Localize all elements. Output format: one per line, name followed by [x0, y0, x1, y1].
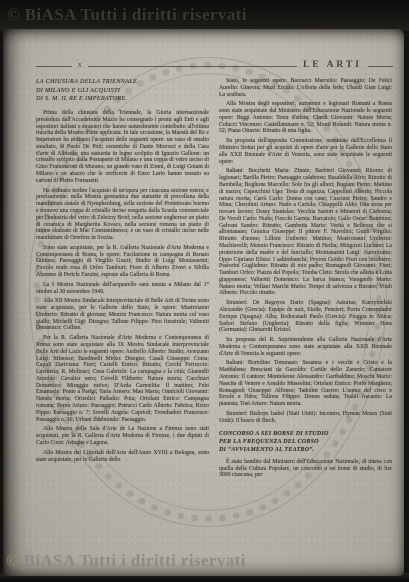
article-title: LA CHIUSURA DELLA TRIENNALE DI MILANO E …: [36, 78, 209, 104]
paragraph: Ha ordinato inoltre l'acquisto di un'ope…: [36, 188, 209, 242]
paragraph: È stato bandito dal Ministero dell'Educa…: [219, 459, 392, 479]
paragraph: Alla Mostra dei Littoriali dell'Arte del…: [36, 450, 209, 464]
watermark-top: © BiASA Tutti i diritti riservati: [7, 5, 247, 25]
paragraph: Italiani: Bortolino Tommaso: Susanna e i…: [219, 360, 392, 407]
paragraph: Italiani: Bocchetti Maria: Zinnie; Barbi…: [219, 168, 392, 297]
watermark-bottom: © BiASA Tutti i diritti riservati: [6, 551, 246, 571]
right-column: Stato, le seguenti opere: Baccacci Marce…: [219, 78, 392, 506]
paragraph: Su proposta del R. Soprintendente alla G…: [219, 337, 392, 357]
paragraph: Alla XII Mostra Sindacale Interprovincia…: [36, 298, 209, 332]
section-heading-concorso: CONCORSO A SEI BORSE DI STUDIO PER LA FR…: [219, 430, 392, 455]
header-rule-middle: [88, 66, 297, 67]
page-scan: x LE ARTI LA CHIUSURA DELLA TRIENNALE DI…: [3, 29, 404, 576]
header-rule-right: [368, 66, 393, 67]
page-marker: x: [78, 61, 82, 69]
paragraph: La I Mostra Nazionale dell'acquarello sa…: [36, 282, 209, 296]
paragraph: Su proposta dell'apposita Commissione, n…: [219, 138, 392, 165]
paragraph: Sono state acquistate, per la R. Galleri…: [36, 245, 209, 279]
paragraph: Per la R. Galleria Nazionale d'Arte Mode…: [36, 335, 209, 423]
paragraph: Stato, le seguenti opere: Baccacci Marce…: [219, 78, 392, 98]
paragraph: Alla Mostra della Sala d'Arte de La Nazi…: [36, 426, 209, 446]
paragraph: Stranieri: Bishops Isabel (Stati Uniti):…: [219, 411, 392, 425]
paragraph: Prima della chiusura della Triennale, la…: [36, 110, 209, 185]
paragraph: Stranieri: De Regoyos Dario (Spagna): As…: [219, 300, 392, 334]
scanned-journal-page: { "watermark": { "top": "© BiASA Tutti i…: [0, 0, 409, 582]
header-rule-left: [36, 66, 72, 67]
running-head: x LE ARTI: [36, 60, 393, 72]
paragraph: Alla Mostra degli espositori, autonomi e…: [219, 101, 392, 135]
left-column: LA CHIUSURA DELLA TRIENNALE DI MILANO E …: [36, 78, 209, 506]
journal-title: LE ARTI: [303, 61, 362, 71]
two-column-text: LA CHIUSURA DELLA TRIENNALE DI MILANO E …: [36, 78, 393, 506]
